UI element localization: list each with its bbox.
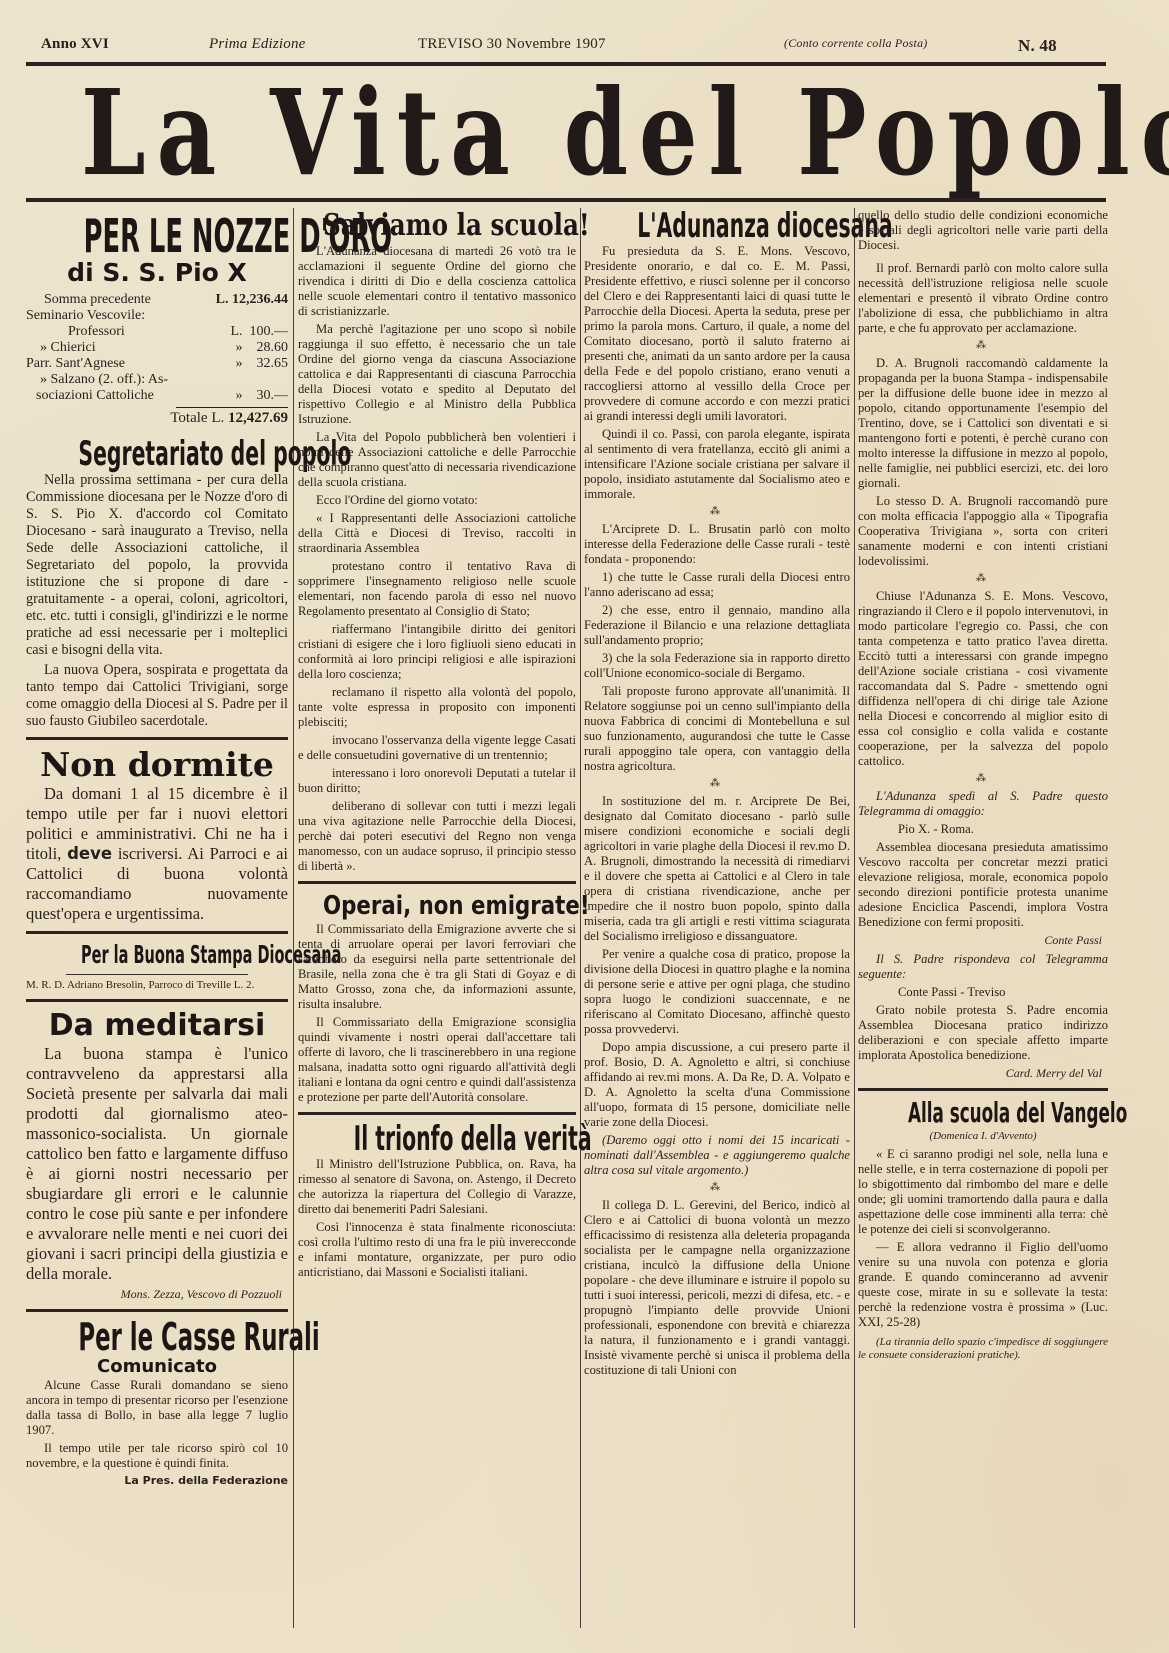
paragraph: reclamano il rispetto alla volontà del p… — [298, 685, 576, 730]
paragraph: Il tempo utile per tale ricorso spirò co… — [26, 1441, 288, 1471]
paragraph: Quindi il co. Passi, con parola elegante… — [584, 427, 850, 502]
ledger-row: Somma precedenteL. 12,236.44 — [26, 292, 288, 308]
bleed-through-text — [0, 1632, 1169, 1653]
article-non-dormite: Non dormite Da domani 1 al 15 dicembre è… — [26, 746, 288, 924]
paragraph: interessano i loro onorevoli Deputati a … — [298, 766, 576, 796]
signature: La Pres. della Federazione — [26, 1474, 288, 1487]
article-segretariato: Segretariato del popolo Nella prossima s… — [26, 436, 288, 730]
headline: Il trionfo della verità — [354, 1121, 521, 1157]
article-adunanza-diocesana: L'Adunanza diocesana Fu presieduta da S.… — [584, 208, 850, 1378]
article-buona-stampa: Per la Buona Stampa Diocesana M. R. D. A… — [26, 940, 288, 992]
masthead-info-line: Anno XVI Prima Edizione TREVISO 30 Novem… — [26, 36, 1146, 56]
paragraph: — E allora vedranno il Figlio dell'uomo … — [858, 1240, 1108, 1330]
subheadline: Comunicato — [26, 1356, 288, 1378]
ledger-row: » Salzano (2. off.): As- — [26, 372, 288, 388]
asterism-separator: ⁂ — [584, 506, 850, 518]
signature: Card. Merry del Val — [858, 1066, 1102, 1081]
signature: Conte Passi — [858, 933, 1102, 948]
asterism-separator: ⁂ — [858, 773, 1108, 785]
section-rule — [298, 881, 576, 884]
headline: Da meditarsi — [26, 1008, 288, 1044]
reply-addressee: Conte Passi - Treviso — [858, 985, 1108, 1000]
edition-label: Prima Edizione — [209, 36, 306, 53]
paragraph: riaffermano l'intangibile diritto dei ge… — [298, 622, 576, 682]
paragraph: Per venire a qualche cosa di pratico, pr… — [584, 947, 850, 1037]
paragraph: In sostituzione del m. r. Arciprete De B… — [584, 794, 850, 944]
asterism-separator: ⁂ — [858, 340, 1108, 352]
paragraph: D. A. Brugnoli raccomandò caldamente la … — [858, 356, 1108, 491]
headline: Salviamo la scuola! — [323, 208, 551, 244]
article-casse-rurali: Per le Casse Rurali Comunicato Alcune Ca… — [26, 1318, 288, 1487]
paragraph: 2) che esse, entro il gennaio, mandino a… — [584, 603, 850, 648]
paragraph: Dopo ampia discussione, a cui presero pa… — [584, 1040, 850, 1130]
paragraph: protestano contro il tentativo Rava di s… — [298, 559, 576, 619]
headline: Operai, non emigrate! — [323, 890, 551, 922]
asterism-separator: ⁂ — [584, 778, 850, 790]
paragraph: La nuova Opera, sospirata e progettata d… — [26, 662, 288, 730]
paragraph: Lo stesso D. A. Brugnoli raccomandò pure… — [858, 494, 1108, 569]
headline: Alla scuola del Vangelo — [908, 1097, 1058, 1129]
paragraph: invocano l'osservanza della vigente legg… — [298, 733, 576, 763]
headline: Non dormite — [26, 746, 288, 784]
paragraph: « E ci saranno prodigi nel sole, nella l… — [858, 1147, 1108, 1237]
telegram-intro: L'Adunanza spedì al S. Padre questo Tele… — [858, 789, 1108, 819]
newspaper-page: Anno XVI Prima Edizione TREVISO 30 Novem… — [26, 0, 1146, 1653]
section-rule — [26, 931, 288, 934]
paragraph: 3) che la sola Federazione sia in rappor… — [584, 651, 850, 681]
paragraph: quello dello studio delle condizioni eco… — [858, 208, 1108, 253]
donations-total: Totale L. 12,427.69 — [26, 408, 288, 428]
article-nozze-oro: PER LE NOZZE D'ORO di S. S. Pio X Somma … — [26, 214, 288, 428]
issue-number: N. 48 — [1018, 36, 1057, 56]
headline: Per le Casse Rurali — [78, 1318, 235, 1356]
signature: Mons. Zezza, Vescovo di Pozzuoli — [26, 1287, 282, 1302]
subheadline: (Domenica I. d'Avvento) — [858, 1129, 1108, 1143]
telegram-addressee: Pio X. - Roma. — [858, 822, 1108, 837]
column-divider — [293, 208, 294, 1628]
paragraph: L'Arciprete D. L. Brusatin parlò con mol… — [584, 522, 850, 567]
masthead-rule-bottom — [26, 198, 1106, 202]
paragraph: « I Rappresentanti delle Associazioni ca… — [298, 511, 576, 556]
paragraph: L'Adunanza diocesana di martedì 26 votò … — [298, 244, 576, 319]
editorial-note: (La tirannia dello spazio c'impedisce di… — [858, 1336, 1108, 1362]
paragraph: Ma perchè l'agitazione per uno scopo sì … — [298, 322, 576, 427]
editorial-note: (Daremo oggi otto i nomi dei 15 incarica… — [584, 1133, 850, 1178]
section-rule — [26, 737, 288, 740]
paragraph: deliberano di sollevar con tutti i mezzi… — [298, 799, 576, 874]
paragraph: Il Commissariato della Emigrazione avver… — [298, 922, 576, 1012]
article-adunanza-continued: quello dello studio delle condizioni eco… — [858, 208, 1108, 1081]
dateline: TREVISO 30 Novembre 1907 — [418, 36, 606, 53]
paragraph: Il collega D. L. Gerevini, del Berico, i… — [584, 1198, 850, 1378]
headline: L'Adunanza diocesana — [637, 208, 797, 244]
paragraph: Il prof. Bernardi parlò con molto calore… — [858, 261, 1108, 336]
reply-intro: Il S. Padre rispondeva col Telegramma se… — [858, 952, 1108, 982]
article-salviamo-scuola: Salviamo la scuola! L'Adunanza diocesana… — [298, 208, 576, 874]
section-rule — [858, 1088, 1108, 1091]
paragraph: Fu presieduta da S. E. Mons. Vescovo, Pr… — [584, 244, 850, 424]
article-da-meditarsi: Da meditarsi La buona stampa è l'unico c… — [26, 1008, 288, 1302]
paragraph: La Vita del Popolo pubblicherà ben volen… — [298, 430, 576, 490]
section-rule — [26, 1309, 288, 1312]
column-3: L'Adunanza diocesana Fu presieduta da S.… — [584, 208, 850, 1381]
paragraph: 1) che tutte le Casse rurali della Dioce… — [584, 570, 850, 600]
section-rule — [298, 1112, 576, 1115]
article-operai-non-emigrate: Operai, non emigrate! Il Commissariato d… — [298, 890, 576, 1105]
section-rule — [26, 999, 288, 1002]
telegram-text: Assemblea diocesana presieduta amatissim… — [858, 840, 1108, 930]
volume-year: Anno XVI — [41, 36, 109, 53]
ledger-row: ProfessoriL. 100.— — [26, 324, 288, 340]
asterism-separator: ⁂ — [858, 573, 1108, 585]
donations-ledger: Somma precedenteL. 12,236.44 Seminario V… — [26, 292, 288, 404]
paragraph: Così l'innocenza è stata finalmente rico… — [298, 1220, 576, 1280]
column-1: PER LE NOZZE D'ORO di S. S. Pio X Somma … — [26, 208, 288, 1487]
newspaper-title: La Vita del Popolo — [81, 58, 861, 208]
ledger-row: Parr. Sant'Agnese» 32.65 — [26, 356, 288, 372]
postal-account-note: (Conto corrente colla Posta) — [784, 36, 927, 51]
article-scuola-vangelo: Alla scuola del Vangelo (Domenica I. d'A… — [858, 1097, 1108, 1362]
paragraph: Il Commissariato della Emigrazione scons… — [298, 1015, 576, 1105]
paragraph: La buona stampa è l'unico contravveleno … — [26, 1044, 288, 1284]
paragraph: Ecco l'Ordine del giorno votato: — [298, 493, 576, 508]
headline: Segretariato del popolo — [78, 436, 235, 472]
ledger-row: Seminario Vescovile: — [26, 308, 288, 324]
paragraph: Il Ministro dell'Istruzione Pubblica, on… — [298, 1157, 576, 1217]
paragraph: Nella prossima settimana - per cura dell… — [26, 472, 288, 659]
paragraph: M. R. D. Adriano Bresolin, Parroco di Tr… — [26, 979, 288, 992]
paragraph: Da domani 1 al 15 dicembre è il tempo ut… — [26, 784, 288, 924]
headline: Per la Buona Stampa Diocesana — [81, 940, 233, 970]
article-trionfo-verita: Il trionfo della verità Il Ministro dell… — [298, 1121, 576, 1280]
paragraph: Tali proposte furono approvate all'unani… — [584, 684, 850, 774]
headline: PER LE NOZZE D'ORO — [84, 214, 231, 258]
reply-text: Grato nobile protesta S. Padre encomia A… — [858, 1003, 1108, 1063]
column-divider — [854, 208, 855, 1628]
column-4: quello dello studio delle condizioni eco… — [858, 208, 1108, 1365]
ledger-row: » Chierici» 28.60 — [26, 340, 288, 356]
asterism-separator: ⁂ — [584, 1182, 850, 1194]
ledger-row: sociazioni Cattoliche» 30.— — [26, 388, 288, 404]
paragraph: Chiuse l'Adunanza S. E. Mons. Vescovo, r… — [858, 589, 1108, 769]
paragraph: Alcune Casse Rurali domandano se sieno a… — [26, 1378, 288, 1438]
column-2: Salviamo la scuola! L'Adunanza diocesana… — [298, 208, 576, 1283]
